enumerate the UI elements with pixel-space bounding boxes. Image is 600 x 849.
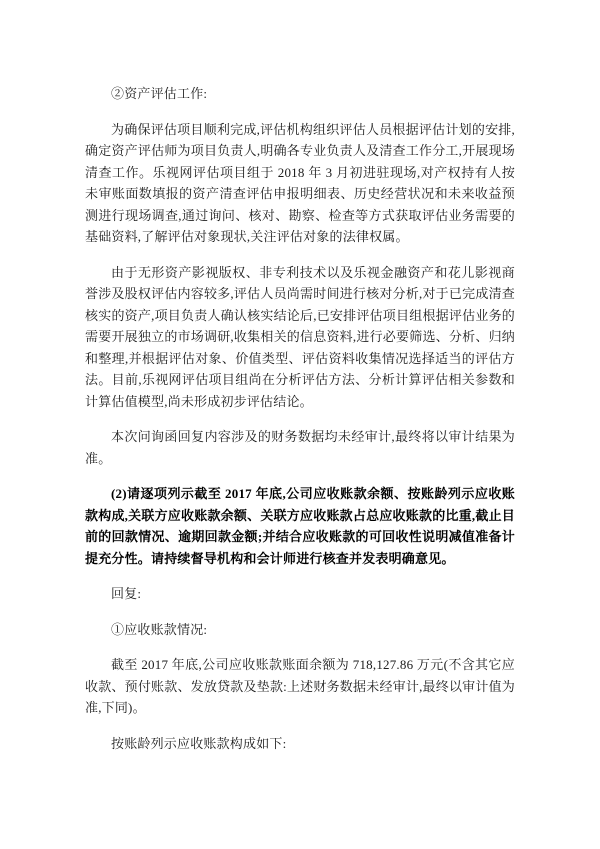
document-page: ②资产评估工作: 为确保评估项目顺利完成,评估机构组织评估人员根据评估计划的安排… (0, 0, 600, 849)
paragraph-aging-intro: 按账龄列示应收账款构成如下: (85, 733, 515, 755)
paragraph-inquiry-question-2: (2)请逐项列示截至 2017 年底,公司应收账款余额、按账龄列示应收账款构成,… (85, 483, 515, 569)
section-heading-asset-evaluation: ②资产评估工作: (85, 83, 515, 105)
paragraph-accounts-receivable-balance: 截至 2017 年底,公司应收账款账面余额为 718,127.86 万元(不含其… (85, 654, 515, 719)
paragraph-unaudited-data-note: 本次问询函回复内容涉及的财务数据均未经审计,最终将以审计结果为准。 (85, 426, 515, 469)
subsection-heading-accounts-receivable: ①应收账款情况: (85, 619, 515, 641)
reply-label: 回复: (85, 583, 515, 605)
paragraph-evaluation-project-progress: 为确保评估项目顺利完成,评估机构组织评估人员根据评估计划的安排,确定资产评估师为… (85, 119, 515, 248)
paragraph-intangible-assets-evaluation: 由于无形资产影视版权、非专利技术以及乐视金融资产和花儿影视商誉涉及股权评估内容较… (85, 262, 515, 413)
